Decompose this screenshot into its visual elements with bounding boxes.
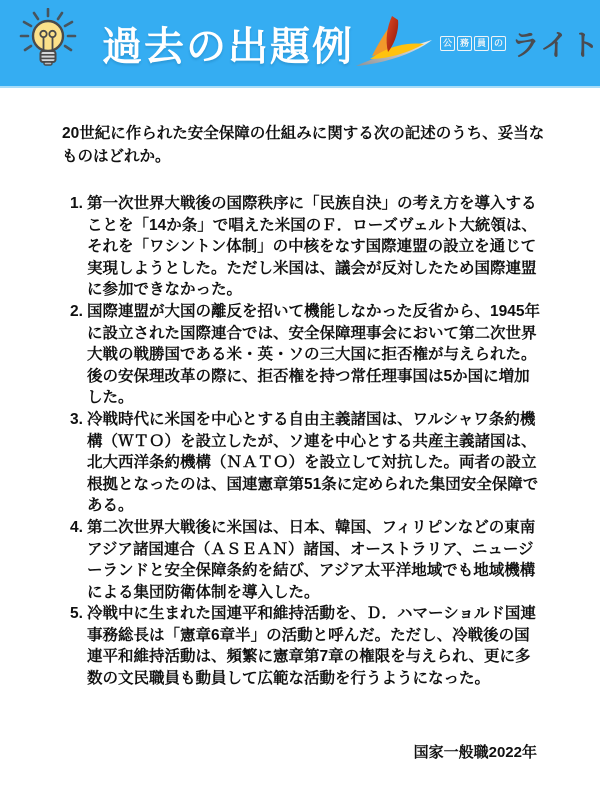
option-text: 第一次世界大戦後の国際秩序に「民族自決」の考え方を導入することを「14か条」で唱…	[87, 193, 544, 301]
option-2: 2. 国際連盟が大国の離反を招いて機能しなかった反省から、1945年に設立された…	[70, 301, 544, 409]
paper-plane-swoosh-icon	[354, 14, 434, 73]
option-1: 1. 第一次世界大戦後の国際秩序に「民族自決」の考え方を導入することを「14か条…	[70, 193, 544, 301]
brand-prefix-char: 員	[474, 36, 489, 51]
option-number: 5.	[70, 603, 87, 689]
exam-source-label: 国家一般職2022年	[414, 741, 537, 762]
option-number: 4.	[70, 517, 87, 603]
option-5: 5. 冷戦中に生まれた国連平和維持活動を、Ｄ．ハマーショルド国連事務総長は「憲章…	[70, 603, 544, 689]
options-list: 1. 第一次世界大戦後の国際秩序に「民族自決」の考え方を導入することを「14か条…	[70, 193, 544, 690]
quiz-card: 過去の出題例	[0, 0, 600, 800]
option-text: 冷戦中に生まれた国連平和維持活動を、Ｄ．ハマーショルド国連事務総長は「憲章6章半…	[87, 603, 544, 689]
option-3: 3. 冷戦時代に米国を中心とする自由主義諸国は、ワルシャワ条約機構（ＷＴＯ）を設…	[70, 409, 544, 517]
brand-prefix-char: 務	[457, 36, 472, 51]
option-number: 1.	[70, 193, 87, 301]
lightbulb-icon	[18, 8, 80, 79]
option-text: 第二次世界大戦後に米国は、日本、韓国、フィリピンなどの東南アジア諸国連合（ＡＳＥ…	[87, 517, 544, 603]
brand-prefix-char: の	[491, 36, 506, 51]
brand-name: ライト	[511, 23, 600, 64]
brand-prefix: 公 務 員 の	[440, 36, 506, 51]
option-4: 4. 第二次世界大戦後に米国は、日本、韓国、フィリピンなどの東南アジア諸国連合（…	[70, 517, 544, 603]
question-intro: 20世紀に作られた安全保障の仕組みに関する次の記述のうち、妥当なものはどれか。	[62, 122, 550, 168]
brand-logo: 公 務 員 の ライト	[354, 14, 600, 73]
option-number: 2.	[70, 301, 87, 409]
header-banner: 過去の出題例	[0, 0, 600, 88]
option-text: 国際連盟が大国の離反を招いて機能しなかった反省から、1945年に設立された国際連…	[87, 301, 544, 409]
option-number: 3.	[70, 409, 87, 517]
option-text: 冷戦時代に米国を中心とする自由主義諸国は、ワルシャワ条約機構（ＷＴＯ）を設立した…	[87, 409, 544, 517]
question-body: 20世紀に作られた安全保障の仕組みに関する次の記述のうち、妥当なものはどれか。 …	[0, 88, 600, 690]
page-title: 過去の出題例	[102, 15, 354, 72]
brand-prefix-char: 公	[440, 36, 455, 51]
